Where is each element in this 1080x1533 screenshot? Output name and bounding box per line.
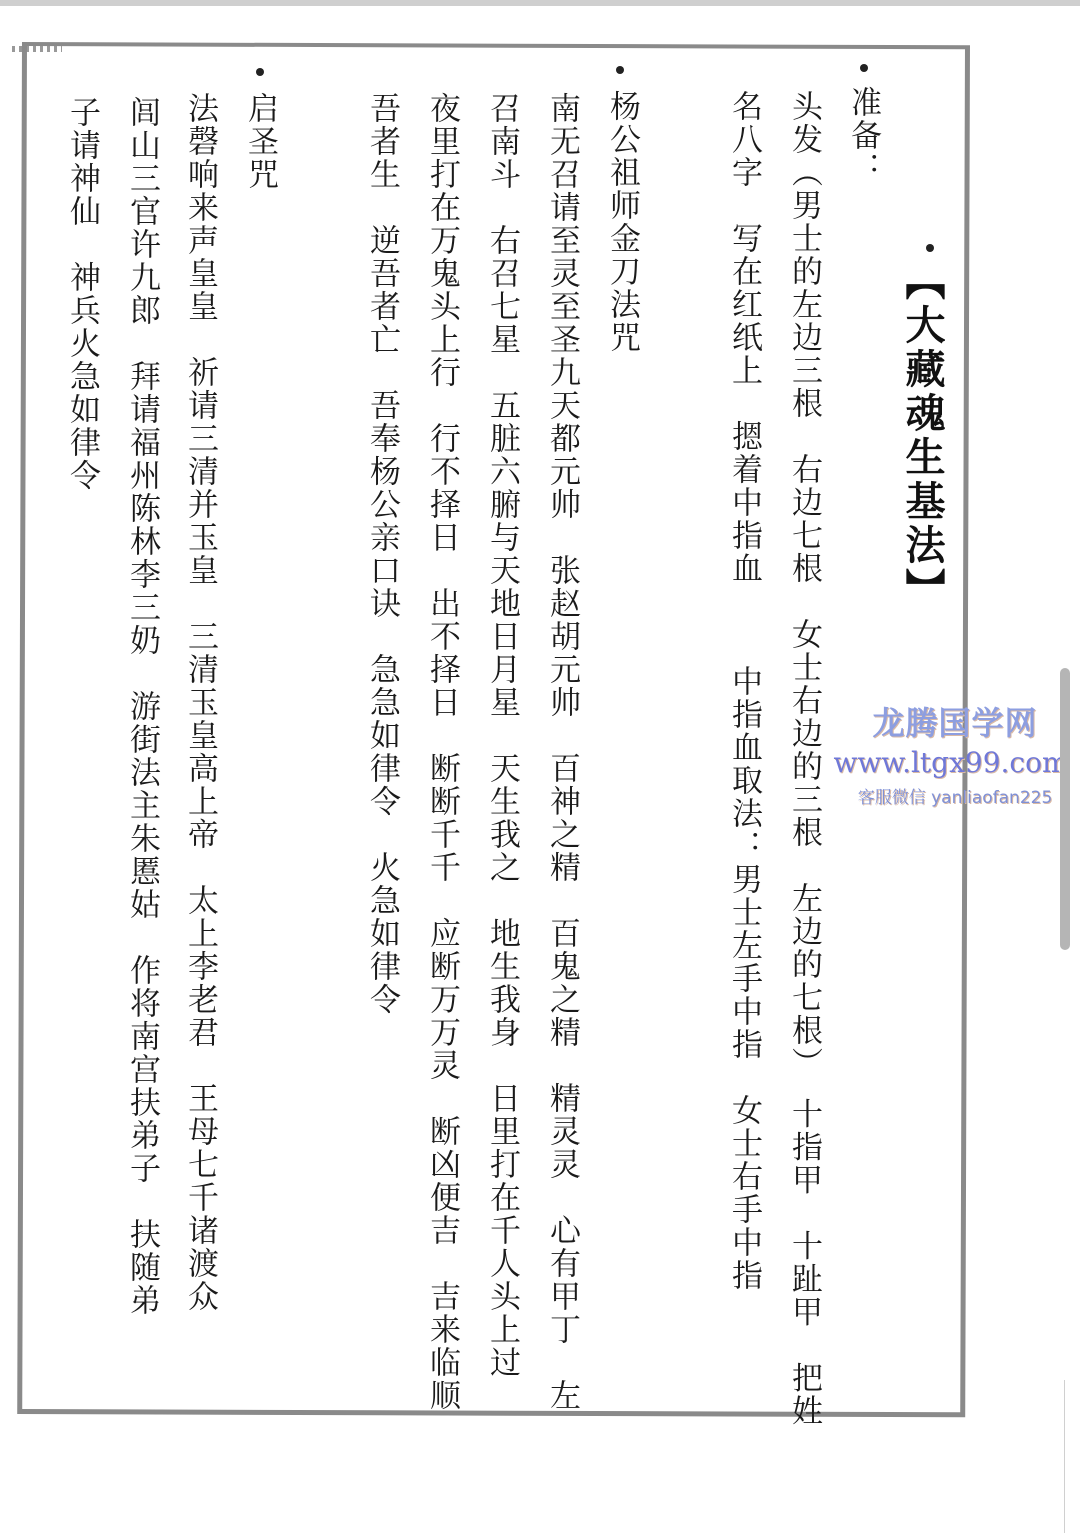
section-heading-qisheng-incantation: 启圣咒 — [242, 92, 278, 191]
section-bullet-icon — [256, 68, 264, 76]
yanggong-line-1: 南无召请至灵至圣九天都元帅 张赵胡元帅 百神之精 百鬼之精 精灵灵 心有甲丁 左 — [544, 92, 580, 1412]
vertical-text-body: 【大藏魂生基法】 准备： 头发（男士的左边三根 右边七根 女士右边的三根 左边的… — [0, 0, 1080, 1533]
preparation-line-3: 中指血取法：男士左手中指 女士右手中指 — [726, 665, 762, 1292]
qisheng-line-1: 法磬响来声皇皇 祈请三清并玉皇 三清玉皇高上帝 太上李老君 王母七千诸渡众 — [182, 92, 218, 1313]
qisheng-line-3: 子请神仙 神兵火急如律令 — [64, 96, 100, 492]
preparation-line-2: 名八字 写在红纸上 摁着中指血 — [726, 90, 762, 585]
yanggong-line-3: 夜里打在万鬼头上行 行不择日 出不择日 断断千千 应断万万灵 断凶便吉 吉来临顺 — [424, 92, 460, 1412]
page-right-edge — [1064, 1380, 1065, 1533]
qisheng-line-2: 闾山三官许九郎 拜请福州陈林李三奶 游街法主朱慝姑 作将南宫扶弟子 扶随弟 — [124, 96, 160, 1317]
section-heading-yanggong-incantation: 杨公祖师金刀法咒 — [604, 90, 640, 354]
yanggong-line-2: 召南斗 右召七星 五脏六腑与天地日月星 天生我之 地生我身 日里打在千人头上过 — [484, 92, 520, 1379]
preparation-line-1: 头发（男士的左边三根 右边七根 女士右边的三根 左边的七根） 十指甲 十趾甲 把… — [786, 90, 822, 1428]
vertical-scrollbar-thumb[interactable] — [1060, 668, 1070, 950]
page-title: 【大藏魂生基法】 — [904, 260, 940, 612]
yanggong-line-4: 吾者生 逆吾者亡 吾奉杨公亲口诀 急急如律令 火急如律令 — [364, 92, 400, 1016]
section-bullet-icon — [616, 66, 624, 74]
section-heading-preparation: 准备： — [845, 86, 881, 185]
section-bullet-icon — [860, 64, 868, 72]
title-bullet-icon — [926, 244, 934, 252]
